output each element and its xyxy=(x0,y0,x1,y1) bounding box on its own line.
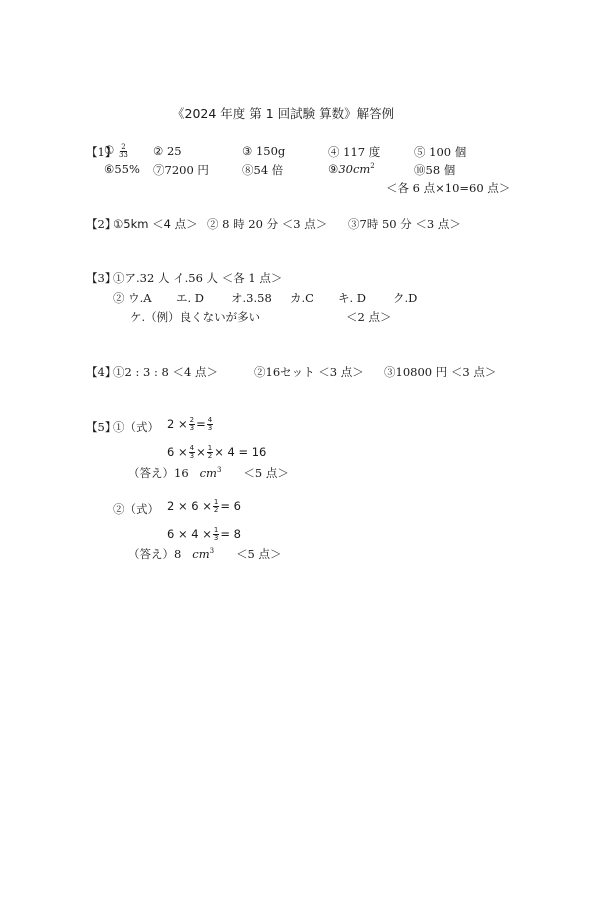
q5-part1-eq2: 6 ×43×12× 4 = 16 xyxy=(167,445,266,460)
q3-label: 【3】 xyxy=(86,270,116,286)
q1-answer-3: ③ 150g xyxy=(242,144,285,158)
q3-answer-u: ② ウ.A xyxy=(113,290,152,306)
q3-answer-e: エ. D xyxy=(176,290,204,306)
q4-answer-3: ③10800 円 ＜3 点＞ xyxy=(384,364,496,380)
q2-label: 【2】 xyxy=(86,216,116,232)
q5-part2-header: ②（式） xyxy=(113,501,159,517)
q5-part2-answer: （答え）8 cm3 ＜5 点＞ xyxy=(128,546,282,562)
q1-answer-9: ⑨30cm2 xyxy=(328,162,375,176)
q5-part2-eq2: 6 × 4 ×13= 8 xyxy=(167,527,241,542)
q1-answer-5: ⑤ 100 個 xyxy=(414,144,466,160)
q1-answer-2: ② 25 xyxy=(153,144,182,158)
page-title: 《2024 年度 第 1 回試験 算数》解答例 xyxy=(172,104,394,122)
q5-part1-answer: （答え）16 cm3 ＜5 点＞ xyxy=(128,465,289,481)
q3-answer-ku: ク.D xyxy=(393,290,417,306)
q3-answer-ki: キ. D xyxy=(338,290,366,306)
q3-answer-o: オ.3.58 xyxy=(231,290,272,306)
q1-answer-4: ④ 117 度 xyxy=(328,144,380,160)
q3-line-3: ケ.（例）良くないが多い xyxy=(130,309,260,325)
q2-answer-2: ② 8 時 20 分 ＜3 点＞ xyxy=(207,216,327,232)
q3-line3-points: ＜2 点＞ xyxy=(346,309,391,325)
q4-label: 【4】 xyxy=(86,364,116,380)
q5-label: 【5】 xyxy=(86,419,116,435)
q1-answer-6: ⑥55% xyxy=(104,162,140,176)
q1-answer-8: ⑧54 倍 xyxy=(242,162,283,178)
q1-points: ＜各 6 点×10=60 点＞ xyxy=(386,180,510,196)
q4-answer-2: ②16セット ＜3 点＞ xyxy=(254,364,364,380)
q5-part2-eq1: 2 × 6 ×12= 6 xyxy=(167,499,241,514)
q2-answer-3: ③7時 50 分 ＜3 点＞ xyxy=(348,216,461,232)
fraction: 233 xyxy=(119,144,128,159)
q3-answer-ka: カ.C xyxy=(290,290,314,306)
q1-answer-10: ⑩58 個 xyxy=(414,162,455,178)
q5-part1-header: ①（式） xyxy=(113,419,159,435)
q1-answer-7: ⑦7200 円 xyxy=(153,162,209,178)
q5-part1-eq1: 2 ×23=43 xyxy=(167,417,214,432)
q3-line-1: ①ア.32 人 イ.56 人 ＜各 1 点＞ xyxy=(113,270,282,286)
q2-answer-1: ①5km ＜4 点＞ xyxy=(113,216,198,232)
q1-answer-1: ① 233 xyxy=(104,143,129,159)
q4-answer-1: ①2 : 3 : 8 ＜4 点＞ xyxy=(113,364,218,380)
